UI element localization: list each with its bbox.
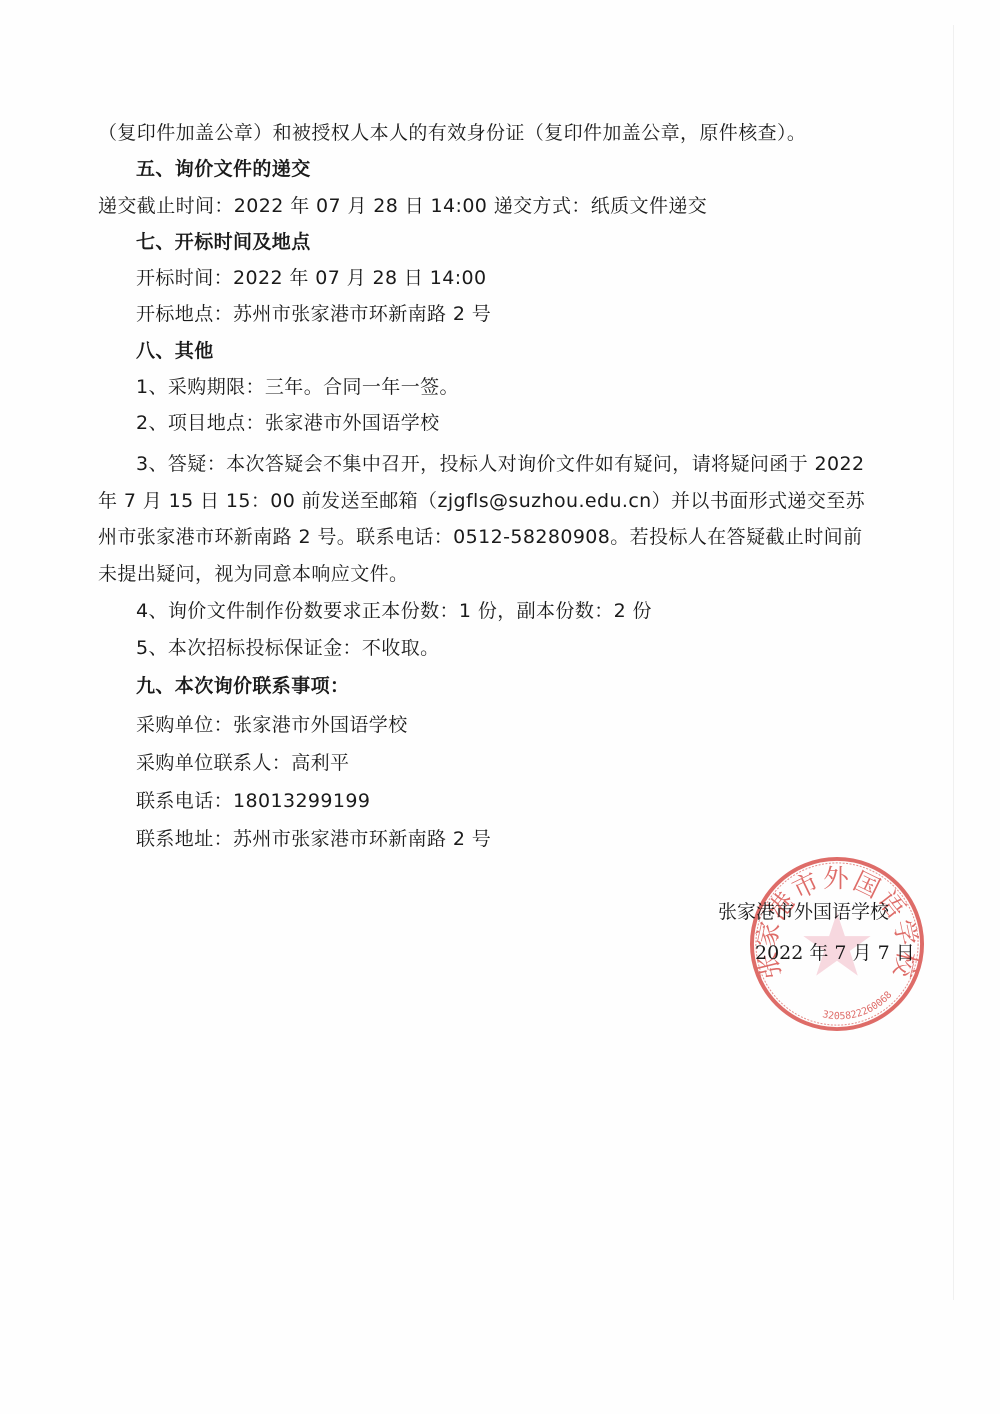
- section-heading-5: 五、询价文件的递交: [136, 157, 311, 181]
- text-line: 递交截止时间：2022 年 07 月 28 日 14:00 递交方式：纸质文件递…: [98, 194, 707, 218]
- text-line: 1、采购期限：三年。合同一年一签。: [136, 375, 459, 399]
- scan-edge-line: [953, 25, 954, 1300]
- text-line: 2、项目地点：张家港市外国语学校: [136, 411, 440, 435]
- text-line: 采购单位联系人：高利平: [136, 751, 349, 775]
- text-line: 采购单位：张家港市外国语学校: [136, 713, 408, 737]
- text-line: 开标地点：苏州市张家港市环新南路 2 号: [136, 302, 491, 326]
- signature-date: 2022 年 7 月 7 日: [755, 941, 915, 965]
- document-page: （复印件加盖公章）和被授权人本人的有效身份证（复印件加盖公章，原件核查）。 五、…: [0, 0, 1000, 1414]
- text-line: 年 7 月 15 日 15：00 前发送至邮箱（zjgfls@suzhou.ed…: [98, 489, 865, 513]
- text-line: 联系地址：苏州市张家港市环新南路 2 号: [136, 827, 491, 851]
- text-line: 3、答疑：本次答疑会不集中召开，投标人对询价文件如有疑问，请将疑问函于 2022: [136, 452, 864, 476]
- text-line: 未提出疑问，视为同意本响应文件。: [98, 562, 408, 586]
- text-line: （复印件加盖公章）和被授权人本人的有效身份证（复印件加盖公章，原件核查）。: [98, 121, 806, 145]
- text-line: 4、询价文件制作份数要求正本份数：1 份，副本份数：2 份: [136, 599, 652, 623]
- section-heading-8: 八、其他: [136, 339, 214, 363]
- section-heading-9: 九、本次询价联系事项：: [136, 674, 349, 698]
- text-line: 5、本次招标投标保证金：不收取。: [136, 636, 440, 660]
- section-heading-7: 七、开标时间及地点: [136, 230, 311, 254]
- text-line: 联系电话：18013299199: [136, 789, 370, 813]
- text-line: 州市张家港市环新南路 2 号。联系电话：0512-58280908。若投标人在答…: [98, 525, 863, 549]
- text-line: 开标时间：2022 年 07 月 28 日 14:00: [136, 266, 487, 290]
- signature-org: 张家港市外国语学校: [718, 900, 889, 924]
